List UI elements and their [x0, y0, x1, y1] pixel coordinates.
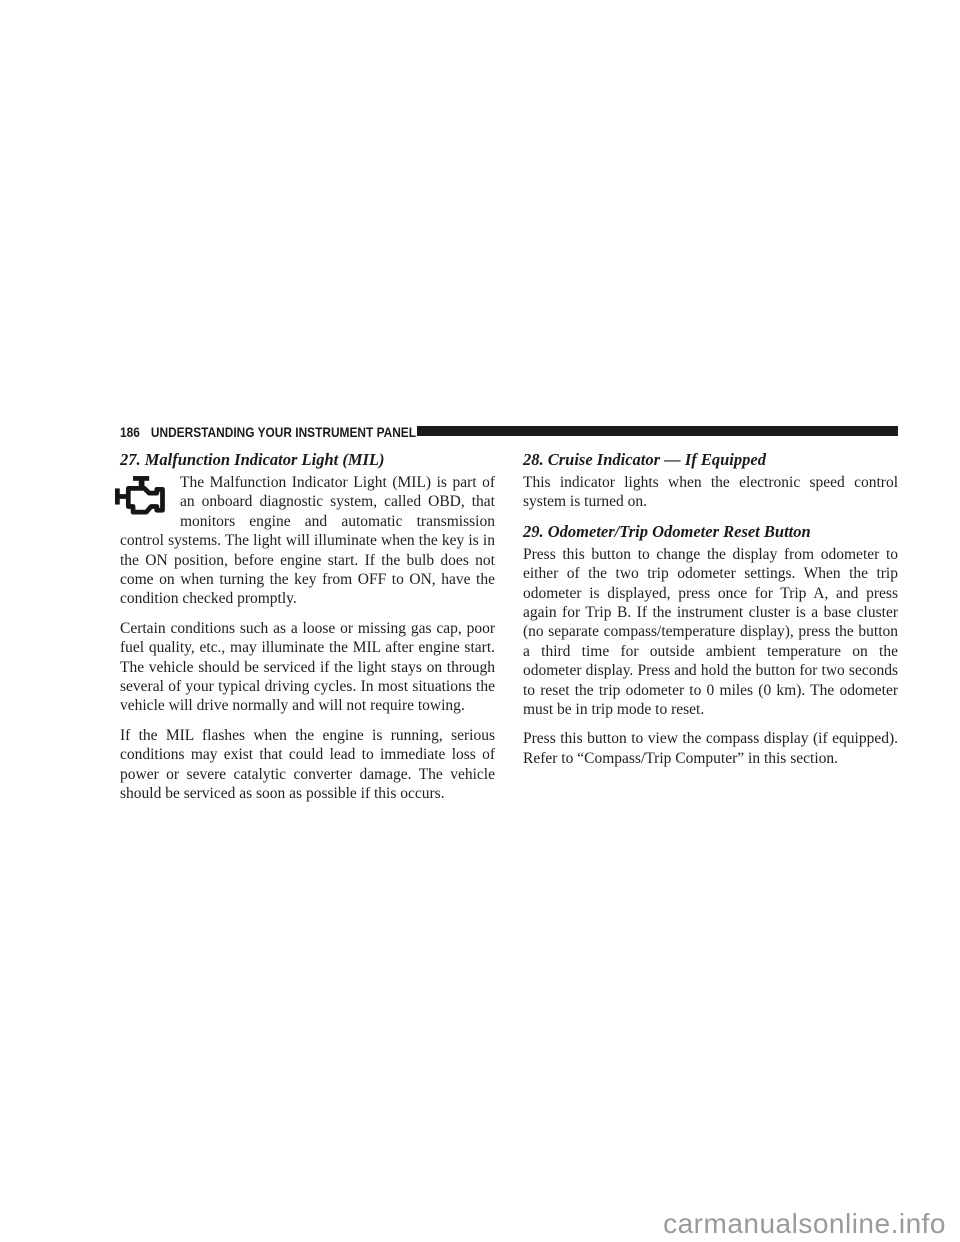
page-content: 186UNDERSTANDING YOUR INSTRUMENT PANEL 2…	[120, 424, 898, 804]
paragraph: This indicator lights when the electroni…	[523, 473, 898, 512]
section-27-paragraph-1-wrap: The Malfunction Indicator Light (MIL) is…	[120, 473, 495, 609]
page-number: 186	[120, 424, 140, 440]
paragraph: Press this button to view the compass di…	[523, 729, 898, 768]
header-rule	[417, 426, 898, 436]
section-28-heading: 28. Cruise Indicator — If Equipped	[523, 450, 898, 470]
paragraph: Certain conditions such as a loose or mi…	[120, 619, 495, 716]
paragraph: The Malfunction Indicator Light (MIL) is…	[120, 474, 495, 607]
paragraph: Press this button to change the display …	[523, 545, 898, 720]
check-engine-icon	[115, 476, 172, 516]
two-column-layout: 27. Malfunction Indicator Light (MIL) Th…	[120, 450, 898, 804]
section-27-heading: 27. Malfunction Indicator Light (MIL)	[120, 450, 495, 470]
watermark: carmanualsonline.info	[663, 1209, 946, 1239]
left-column: 27. Malfunction Indicator Light (MIL) Th…	[120, 450, 495, 804]
paragraph: If the MIL flashes when the engine is ru…	[120, 726, 495, 804]
page-title: UNDERSTANDING YOUR INSTRUMENT PANEL	[151, 424, 416, 440]
page-header: 186UNDERSTANDING YOUR INSTRUMENT PANEL	[120, 424, 898, 439]
header-text: 186UNDERSTANDING YOUR INSTRUMENT PANEL	[120, 425, 416, 440]
right-column: 28. Cruise Indicator — If Equipped This …	[523, 450, 898, 804]
section-29-heading: 29. Odometer/Trip Odometer Reset Button	[523, 522, 898, 542]
